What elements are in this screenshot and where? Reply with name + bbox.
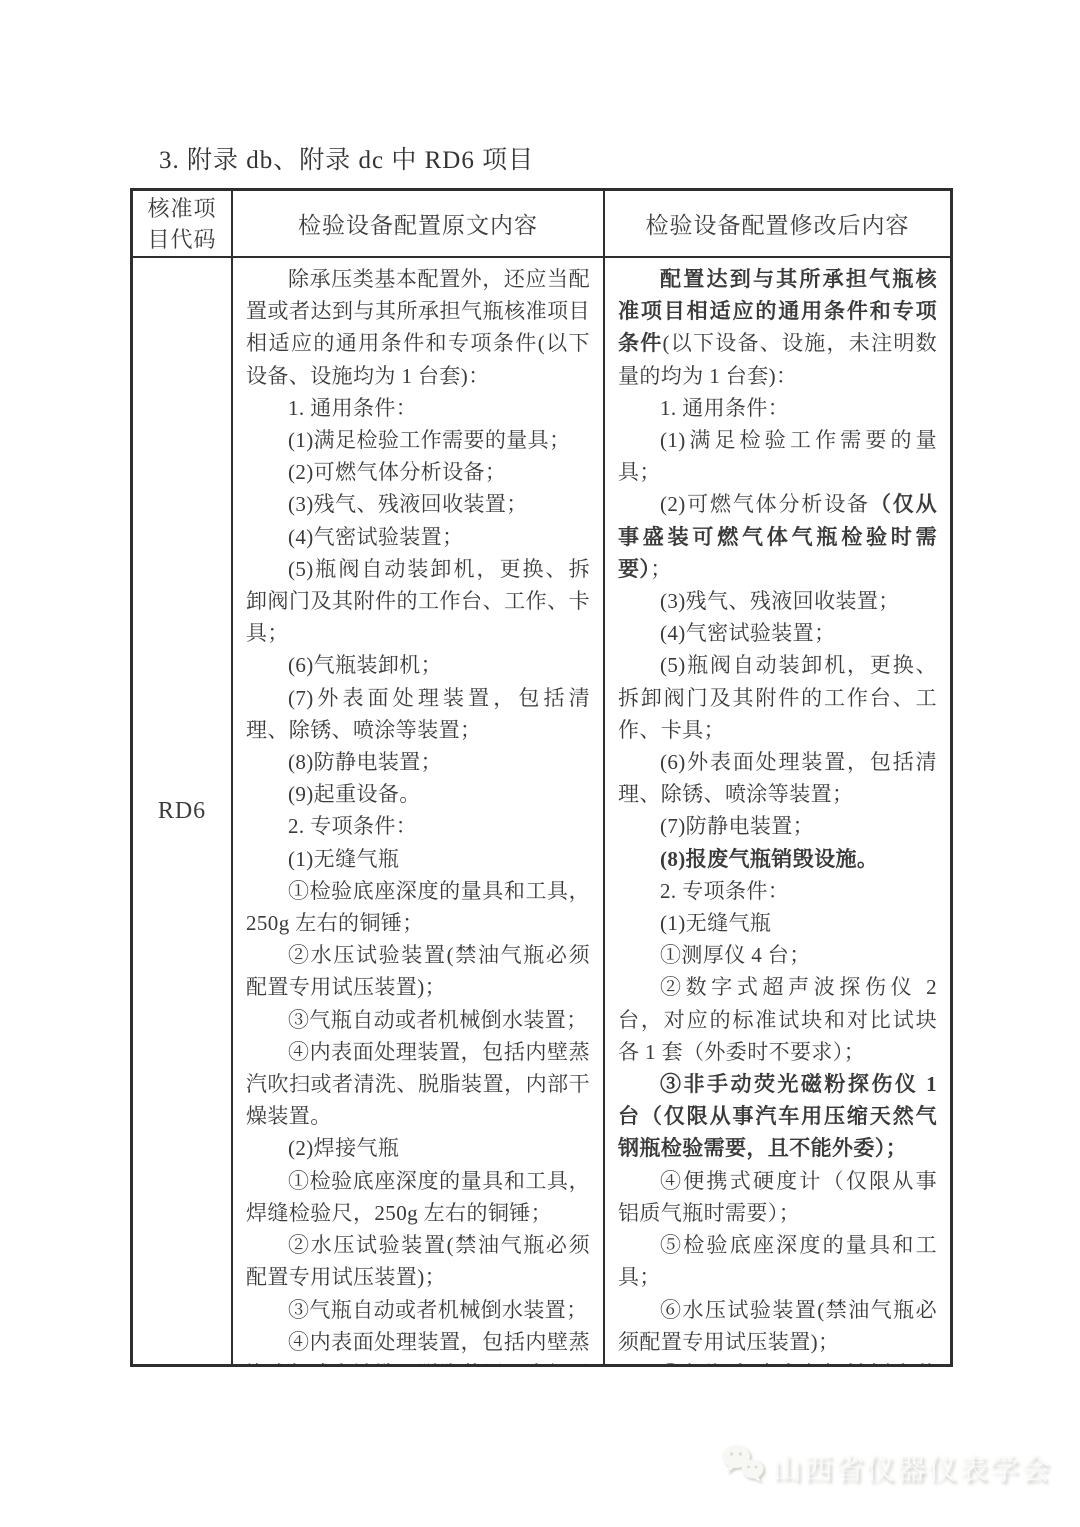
paragraph: ①检验底座深度的量具和工具，焊缝检验尺，250g 左右的铜锤； (246, 1165, 590, 1229)
modified-content-cell: 配置达到与其所承担气瓶核准项目相适应的通用条件和专项条件(以下设备、设施，未注明… (605, 258, 950, 1364)
table-header-row: 核准项目代码 检验设备配置原文内容 检验设备配置修改后内容 (133, 191, 950, 258)
page-title: 3. 附录 db、附录 dc 中 RD6 项目 (159, 140, 534, 176)
paragraph: (7)外表面处理装置，包括清理、除锈、喷涂等装置； (246, 682, 590, 746)
paragraph: (5)瓶阀自动装卸机，更换、拆卸阀门及其附件的工作台、工作、卡具； (618, 649, 937, 746)
paragraph: 除承压类基本配置外，还应当配置或者达到与其所承担气瓶核准项目相适应的通用条件和专… (246, 263, 590, 392)
paragraph: (4)气密试验装置； (618, 617, 937, 649)
paragraph: (9)起重设备。 (246, 778, 590, 810)
paragraph: (6)外表面处理装置，包括清理、除锈、喷涂等装置； (618, 746, 937, 810)
paragraph: ⑦气瓶自动或者机械倒水装置； (618, 1358, 937, 1364)
paragraph: (3)残气、残液回收装置； (246, 488, 590, 520)
wechat-icon (720, 1443, 766, 1491)
paragraph: (1)满足检验工作需要的量具； (618, 424, 937, 488)
approval-table: 核准项目代码 检验设备配置原文内容 检验设备配置修改后内容 RD6 除承压类基本… (130, 188, 953, 1367)
paragraph: 1. 通用条件： (618, 392, 937, 424)
header-cell-modified-content: 检验设备配置修改后内容 (605, 191, 950, 256)
paragraph: (1)满足检验工作需要的量具； (246, 424, 590, 456)
paragraph: ④内表面处理装置，包括内壁蒸汽吹扫或者清洗、脱脂装置，内部干燥装 (246, 1326, 590, 1364)
paragraph: 配置达到与其所承担气瓶核准项目相适应的通用条件和专项条件(以下设备、设施，未注明… (618, 263, 937, 392)
paragraph: (6)气瓶装卸机； (246, 649, 590, 681)
watermark: 山西省仪器仪表学会 (720, 1443, 1052, 1491)
paragraph: ①测厚仪 4 台； (618, 939, 937, 971)
paragraph: ②数字式超声波探伤仪 2 台，对应的标准试块和对比试块各 1 套（外委时不要求）… (618, 971, 937, 1068)
paragraph: ①检验底座深度的量具和工具，250g 左右的铜锤； (246, 875, 590, 939)
code-cell: RD6 (133, 258, 233, 1364)
paragraph: (2)焊接气瓶 (246, 1132, 590, 1164)
header-cell-original-content: 检验设备配置原文内容 (233, 191, 605, 256)
paragraph: ⑥水压试验装置(禁油气瓶必须配置专用试压装置)； (618, 1294, 937, 1358)
paragraph: (2)可燃气体分析设备（仅从事盛装可燃气体气瓶检验时需要）； (618, 488, 937, 585)
paragraph: ②水压试验装置(禁油气瓶必须配置专用试压装置)； (246, 1229, 590, 1293)
paragraph: ⑤检验底座深度的量具和工具； (618, 1229, 937, 1293)
paragraph: 2. 专项条件： (246, 810, 590, 842)
document-page: 3. 附录 db、附录 dc 中 RD6 项目 核准项目代码 检验设备配置原文内… (0, 0, 1080, 1527)
paragraph: ③气瓶自动或者机械倒水装置； (246, 1004, 590, 1036)
paragraph: (8)防静电装置； (246, 746, 590, 778)
paragraph: (5)瓶阀自动装卸机，更换、拆卸阀门及其附件的工作台、工作、卡具； (246, 553, 590, 650)
header-cell-code: 核准项目代码 (133, 191, 233, 256)
table-body-row: RD6 除承压类基本配置外，还应当配置或者达到与其所承担气瓶核准项目相适应的通用… (133, 258, 950, 1364)
paragraph: (3)残气、残液回收装置； (618, 585, 937, 617)
paragraph: ④内表面处理装置，包括内壁蒸汽吹扫或者清洗、脱脂装置，内部干燥装置。 (246, 1036, 590, 1133)
original-content-cell: 除承压类基本配置外，还应当配置或者达到与其所承担气瓶核准项目相适应的通用条件和专… (233, 258, 605, 1364)
paragraph: (4)气密试验装置； (246, 521, 590, 553)
paragraph: (2)可燃气体分析设备； (246, 456, 590, 488)
paragraph: (8)报废气瓶销毁设施。 (618, 843, 937, 875)
paragraph: (1)无缝气瓶 (246, 843, 590, 875)
paragraph: (7)防静电装置； (618, 810, 937, 842)
paragraph: 2. 专项条件： (618, 875, 937, 907)
watermark-text: 山西省仪器仪表学会 (773, 1447, 1052, 1488)
paragraph: ③气瓶自动或者机械倒水装置； (246, 1294, 590, 1326)
paragraph: ②水压试验装置(禁油气瓶必须配置专用试压装置)； (246, 939, 590, 1003)
paragraph: ④便携式硬度计（仅限从事铝质气瓶时需要）； (618, 1165, 937, 1229)
paragraph: ③非手动荧光磁粉探伤仪 1 台（仅限从事汽车用压缩天然气钢瓶检验需要，且不能外委… (618, 1068, 937, 1165)
paragraph: (1)无缝气瓶 (618, 907, 937, 939)
paragraph: 1. 通用条件： (246, 392, 590, 424)
